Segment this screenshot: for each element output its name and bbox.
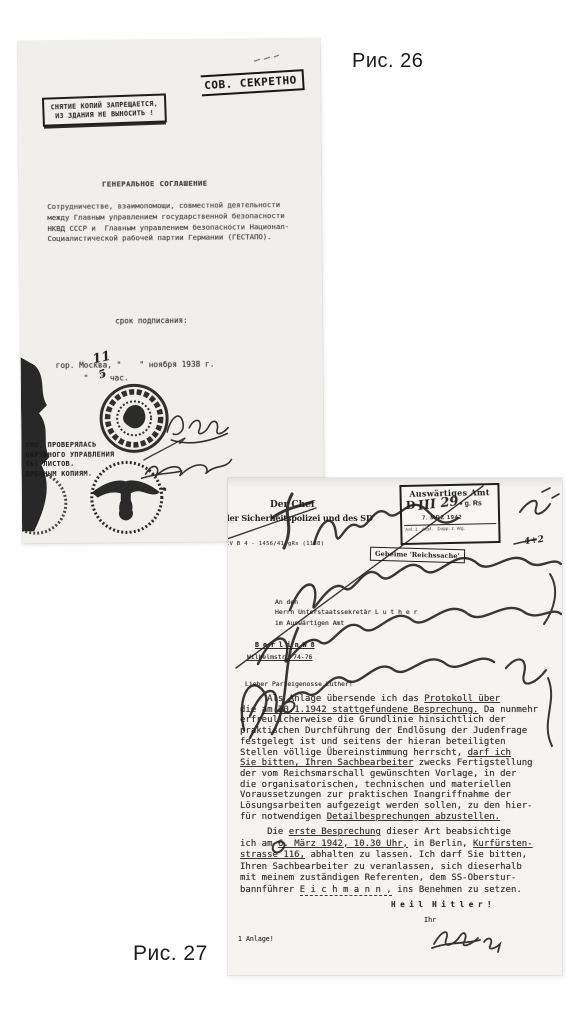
partial-stamp-blob [21, 357, 51, 531]
handwriting-annotations-overlay [228, 478, 562, 975]
document-photo-26: СОВ. СЕКРЕТНО СНЯТИЕ КОПИЙ ЗАПРЕЩАЕТСЯ,И… [18, 39, 324, 544]
figure-27-caption: Рис. 27 [133, 942, 208, 966]
beria-signature [167, 416, 228, 443]
handwriting-marks [254, 55, 279, 61]
soviet-seal-stamp [101, 385, 168, 452]
second-signature [141, 459, 231, 478]
doc1-stamps-and-signatures [18, 39, 324, 544]
reichsadler-stamp [91, 462, 166, 533]
figure-26-caption: Рис. 26 [352, 50, 423, 73]
document-photo-27: Der Chef der Sicherheitspolizei und des … [228, 478, 562, 975]
